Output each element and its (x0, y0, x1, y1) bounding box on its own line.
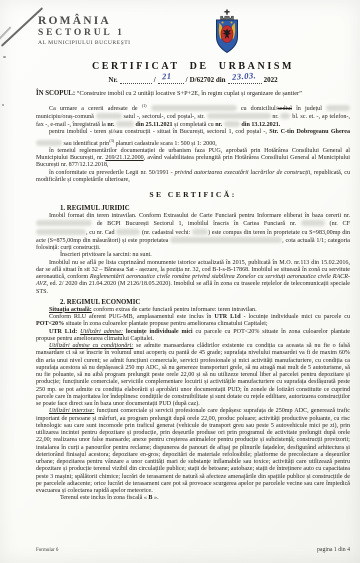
redacted-text (280, 113, 290, 119)
paragraph-economic-2: Conform RLU aferent PUG-MB, amplasamentu… (36, 314, 350, 329)
scan-speck (3, 56, 6, 58)
paragraph-property: pentru imobilul - teren și/sau construcț… (36, 129, 350, 148)
bold-segment: POT<20% (36, 321, 64, 327)
nr-label: Nr. (108, 76, 117, 84)
bold-segment: nr. (215, 122, 224, 128)
text-segment: municipiu/oraș-comună (36, 114, 96, 120)
redacted-text (116, 229, 140, 235)
text-segment: ». (153, 495, 159, 501)
text-segment: conform extras de carte funciară pentru … (92, 307, 257, 313)
text-segment: nr. (271, 114, 281, 120)
dotted-blank: 21 (158, 78, 184, 84)
italic-underlined-segment: Utilizări admise: (80, 329, 123, 335)
issuer-sector: SECTORUL 1 (38, 28, 350, 38)
text-segment: se admite mansardarea clădirilor existen… (36, 343, 350, 407)
text-segment: și completată cu (173, 122, 216, 128)
paragraph-legal-basis-law: în conformitate cu prevederile Legii nr.… (36, 170, 350, 185)
certificate-page: ROMÂNIA SECTORUL 1 AL MUNICIPIULUI BUCUR… (0, 0, 360, 563)
purpose-line: ÎN SCOPUL: “Construire imobil cu 2 unită… (36, 90, 350, 98)
paragraph-economic-6: Terenul este inclus în zona fiscală « B … (36, 495, 350, 502)
document-series: D/62702 din (190, 76, 226, 84)
text-segment: în conformitate cu prevederile Legii nr.… (49, 170, 175, 176)
bold-segment: UTR L1d: (49, 329, 80, 335)
text-segment: - locuințe individuale mici cu parcele c… (241, 314, 350, 320)
paragraph-economic-3: UTR L1d: Utilizări admise: locuințe indi… (36, 329, 350, 344)
text-segment: în județul (292, 106, 326, 112)
dotted-blank (120, 78, 152, 84)
redacted-text (36, 140, 62, 146)
separator-slash: / (154, 76, 156, 84)
redacted-text (326, 105, 350, 111)
issuer-country: ROMÂNIA (38, 15, 350, 27)
form-number: Formular 6 (36, 548, 58, 553)
handwritten-date: 23.03. (231, 70, 256, 82)
text-segment: de BCPI București Sectorul 1, imobilul î… (92, 221, 301, 227)
paragraph-economic-5: Utilizări interzise: funcțiuni comercial… (36, 408, 350, 495)
bold-segment: Str. C-tin Dobrogeanu Gherea (269, 129, 350, 135)
redacted-text (116, 121, 134, 127)
text-segment: pentru imobilul - teren și/sau construcț… (49, 129, 269, 135)
text-segment: funcțiuni comerciale și servicii profesi… (36, 408, 350, 494)
paragraph-request: Ca urmare a cererii adresate de (1) cu d… (36, 102, 350, 130)
text-segment: situate în zona culoarelor plantate prop… (64, 321, 267, 327)
separator-slash: / (186, 76, 188, 84)
text-segment: (nr. cadastral vechi: (140, 230, 192, 236)
bold-segment: nr. (107, 122, 116, 128)
text-segment: sau identificat prin (62, 141, 109, 147)
italic-underlined-segment: Utilizări interzise: (49, 408, 94, 414)
text-segment: Conform RLU aferent PUG-MB, amplasamentu… (49, 314, 214, 320)
purpose-label: ÎN SCOPUL: (36, 90, 75, 97)
redacted-text (224, 121, 240, 127)
text-segment: Ca urmare a cererii adresate de (49, 106, 142, 112)
section-heading-juridic: 1. REGIMUL JURIDIC (60, 205, 350, 212)
redacted-text (192, 229, 208, 235)
issuer-block: ROMÂNIA SECTORUL 1 AL MUNICIPIULUI BUCUR… (38, 9, 350, 46)
bold-underlined-segment: Situația actuală: (49, 307, 92, 313)
text-segment: , cu nr. Cad (86, 230, 116, 236)
redacted-text (36, 220, 92, 226)
bold-segment: UTR L1d (214, 314, 240, 320)
text-segment: bl. sc. et. -, ap (290, 114, 329, 120)
italic-segment: privind autorizarea executării lucrărilo… (175, 170, 311, 176)
bucharest-coat-of-arms-icon (212, 9, 242, 55)
redacted-text (301, 220, 325, 226)
dotted-blank: 23.03. (228, 78, 262, 84)
text-segment: planuri cadastrale scara 1: 500 și 1: 20… (114, 141, 217, 147)
bold-segment: din 13.12.2021. (240, 122, 280, 128)
paragraph-juridic-1: Imobil format din teren intravilan. Conf… (36, 213, 350, 252)
text-segment: satul -, sectorul-, cod poștal-, str. (122, 114, 207, 120)
text-segment: Imobil format din teren intravilan. Conf… (49, 213, 350, 219)
bold-segment: locuințe individuale mici (126, 329, 193, 335)
paragraph-juridic-2: Înscrieri privitoare la sarcini: nu sunt… (36, 252, 350, 259)
page-footer: Formular 6 pagina 1 din 4 (36, 547, 350, 555)
page-title: CERTIFICAT DE URBANISM (36, 61, 350, 72)
italic-underlined-segment: Utilizări admise cu condiționări: (49, 343, 133, 349)
footnote-ref: (1) (142, 103, 147, 108)
text-segment: Terenul este inclus în zona fiscală « (60, 495, 148, 501)
document-header: ROMÂNIA SECTORUL 1 AL MUNICIPIULUI BUCUR… (36, 9, 350, 56)
scan-speck (2, 104, 4, 106)
paragraph-juridic-3: Imobilul nu se află pe lista cuprinzând … (36, 260, 350, 296)
text-segment: cu domiciliul/ (237, 106, 278, 112)
redacted-text (207, 113, 271, 119)
underlined-segment: 269/21.12.2000 (105, 155, 143, 161)
paragraph-legal-basis-pug: în temeiul reglementărilor documentației… (36, 148, 350, 170)
redacted-text (36, 229, 86, 235)
certify-heading: SE CERTIFICĂ: (36, 190, 350, 199)
text-segment: (nr. CF (325, 221, 350, 227)
document-year: 2022 (264, 76, 278, 84)
redacted-text (151, 105, 237, 111)
section-heading-economic: 2. REGIMUL ECONOMIC (60, 299, 350, 306)
text-segment: , ed. 2/ 2020 din 21.04.2020 (M 2126/18.… (36, 281, 350, 294)
struck-text: sediul (277, 106, 292, 112)
page-number: pagina 1 din 4 (317, 547, 350, 553)
paragraph-economic-4: Utilizări admise cu condiționări: se adm… (36, 343, 350, 408)
bold-segment: din 25.11.2021 (134, 122, 173, 128)
redacted-text (96, 113, 122, 119)
document-number-line: Nr. / 21 / D/62702 din 23.03. 2022 (36, 76, 350, 84)
issuer-municipality: AL MUNICIPIULUI BUCUREȘTI (38, 40, 350, 46)
handwritten-number: 21 (161, 71, 171, 82)
redacted-text (170, 237, 282, 243)
purpose-text: “Construire imobil cu 2 unități locative… (77, 90, 302, 97)
